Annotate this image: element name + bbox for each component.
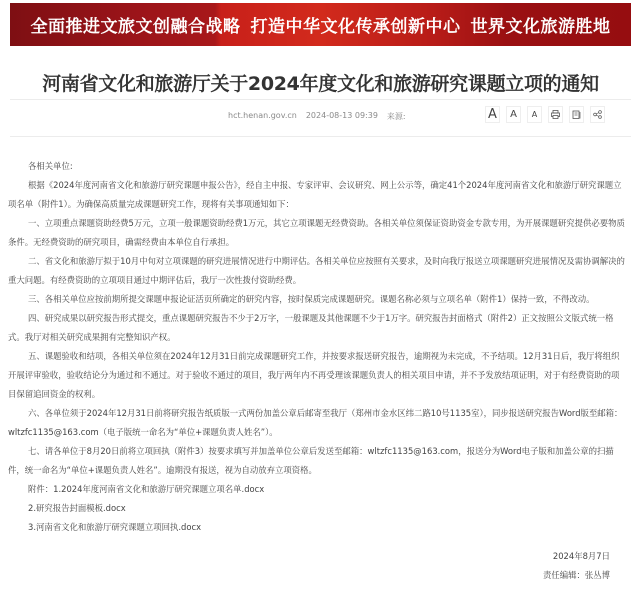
paragraph-3: 三、各相关单位应按前期所提交课题申报论证活页所确定的研究内容，按时保质完成课题研… — [8, 290, 626, 309]
font-size-medium-button[interactable]: A — [506, 106, 521, 123]
header-banner: 全面推进文旅文创融合战略 打造中华文化传承创新中心 世界文化旅游胜地 — [10, 3, 631, 46]
divider-bottom — [10, 136, 631, 137]
page-title: 河南省文化和旅游厅关于2024年度文化和旅游研究课题立项的通知 — [0, 69, 641, 96]
paragraph-intro: 根据《2024年度河南省文化和旅游厅研究课题申报公告》，经自主申报、专家评审、会… — [8, 176, 626, 214]
meta-site: hct.henan.gov.cn — [228, 111, 297, 122]
attachment-link-1[interactable]: 附件：1.2024年度河南省文化和旅游厅研究课题立项名单.docx — [8, 480, 626, 499]
paragraph-5: 五、课题验收和结项，各相关单位须在2024年12月31日前完成课题研究工作，并按… — [8, 347, 626, 404]
meta-source-label: 来源: — [387, 111, 406, 122]
banner-slogan-2: 打造中华文化传承创新中心 — [251, 12, 461, 37]
paragraph-1: 一、立项重点课题资助经费5万元，立项一般课题资助经费1万元，其它立项课题无经费资… — [8, 214, 626, 252]
font-size-small-button[interactable]: A — [527, 106, 542, 123]
print-icon — [551, 110, 560, 119]
banner-slogan-1: 全面推进文旅文创融合战略 — [31, 12, 241, 37]
font-large-icon: A — [488, 108, 497, 121]
share-button[interactable] — [590, 106, 605, 123]
paragraph-6: 六、各单位须于2024年12月31日前将研究报告纸质版一式两份加盖公章后邮寄至我… — [8, 404, 626, 442]
font-medium-icon: A — [510, 110, 517, 120]
article-toolbar: A A A — [485, 106, 605, 123]
salutation: 各相关单位: — [8, 157, 626, 176]
paragraph-2: 二、省文化和旅游厅拟于10月中旬对立项课题的研究进展情况进行中期评估。各相关单位… — [8, 252, 626, 290]
responsible-editor: 责任编辑：张丛博 — [8, 566, 626, 585]
divider-top — [10, 99, 631, 100]
paragraph-4: 四、研究成果以研究报告形式提交，重点课题研究报告不少于2万字，一般课题及其他课题… — [8, 309, 626, 347]
share-icon — [593, 110, 602, 119]
copy-button[interactable] — [569, 106, 584, 123]
paragraph-7: 七、请各单位于8月20日前将立项回执（附件3）按要求填写并加盖单位公章后发送至邮… — [8, 442, 626, 480]
attachment-link-2[interactable]: 2.研究报告封面模板.docx — [8, 499, 626, 518]
font-size-large-button[interactable]: A — [485, 106, 500, 123]
article-meta: hct.henan.gov.cn 2024-08-13 09:39 来源: — [228, 111, 406, 122]
article-body: 各相关单位: 根据《2024年度河南省文化和旅游厅研究课题申报公告》，经自主申报… — [8, 157, 626, 585]
banner-slogan-3: 世界文化旅游胜地 — [471, 12, 611, 37]
copy-icon — [572, 110, 581, 119]
meta-datetime: 2024-08-13 09:39 — [306, 111, 378, 122]
attachment-link-3[interactable]: 3.河南省文化和旅游厅研究课题立项回执.docx — [8, 518, 626, 537]
banner-slogan: 全面推进文旅文创融合战略 打造中华文化传承创新中心 世界文化旅游胜地 — [31, 12, 611, 37]
issue-date: 2024年8月7日 — [8, 547, 626, 566]
print-button[interactable] — [548, 106, 563, 123]
font-small-icon: A — [532, 111, 537, 119]
